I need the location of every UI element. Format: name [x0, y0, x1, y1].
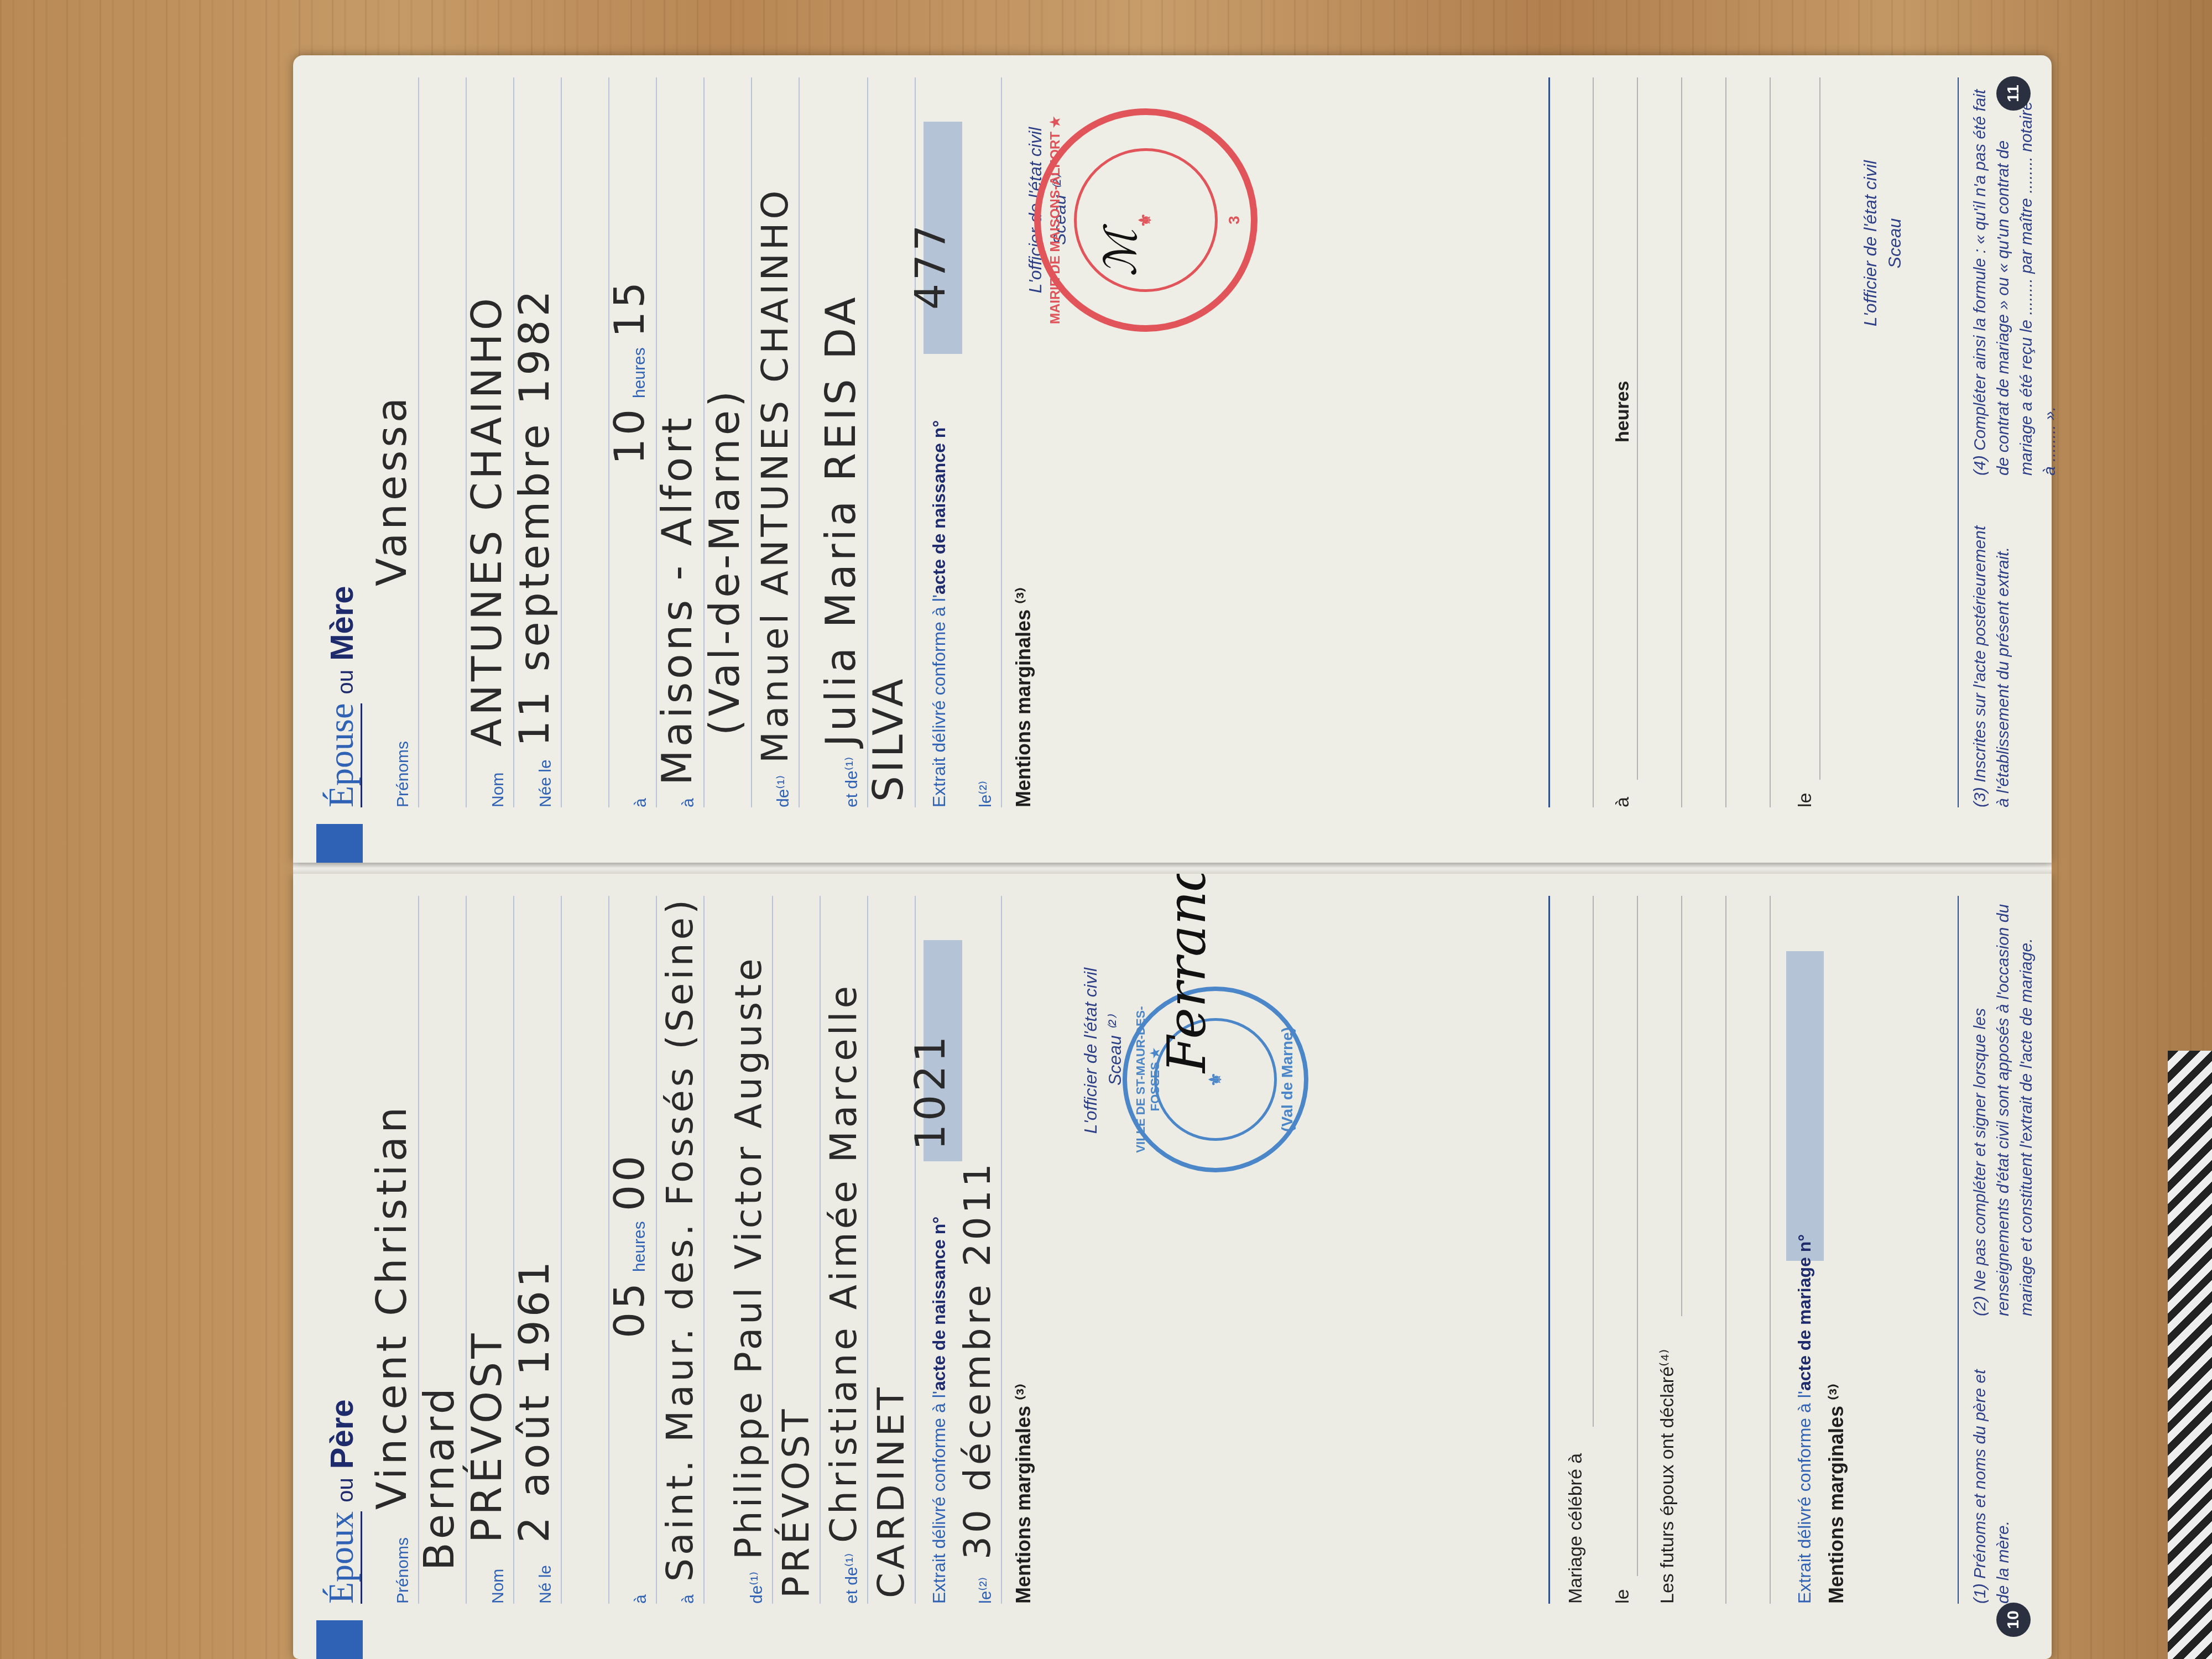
officer-label: L'officier de l'état civil Sceau ⁽²⁾ — [1078, 929, 1127, 1172]
maisons-alfort-seal: MAIRIE DE MAISONS-ALFORT ★ ⚜ 3 — [1034, 108, 1258, 332]
rule — [1770, 77, 1771, 807]
rule — [1593, 896, 1594, 1427]
footnote-divider — [1958, 77, 1959, 807]
heading-marker — [316, 1620, 363, 1659]
field-pere[interactable]: de⁽¹⁾ Manuel ANTUNES CHAINHO — [751, 77, 800, 807]
field-mere[interactable]: et de⁽¹⁾ Julia Maria REIS DA — [820, 77, 868, 807]
section-divider — [1548, 77, 1550, 807]
page-epoux: Époux ou Père Prénoms Vincent Christian … — [293, 874, 2052, 1659]
footnote-divider — [1958, 896, 1959, 1604]
field-prenoms-cont[interactable]: Bernard — [418, 896, 467, 1604]
rule — [1725, 77, 1726, 807]
page-number-10: 10 — [1996, 1603, 2031, 1637]
field-pere-cont[interactable]: PRÉVOST — [772, 896, 821, 1604]
field-prenoms[interactable]: Prénoms Vincent Christian — [371, 896, 419, 1604]
rule — [1681, 77, 1682, 807]
heading-marker — [316, 824, 363, 863]
futurs-epoux-label: Les futurs époux ont déclaré⁽⁴⁾ — [1656, 1349, 1678, 1604]
extrait-naissance-label: Extrait délivré conforme à l'acte de nai… — [929, 1217, 950, 1604]
mentions-marginales-label: Mentions marginales ⁽³⁾ — [1012, 1384, 1035, 1604]
field-mere[interactable]: et de⁽¹⁾ Christiane Aimée Marcelle — [820, 896, 868, 1604]
field-lieu[interactable]: à Maisons - Alfort — [656, 77, 705, 807]
acte-mariage-number-box — [1786, 951, 1824, 1261]
section-divider — [1548, 896, 1550, 1604]
rule — [1725, 896, 1726, 1604]
rule — [1819, 77, 1820, 780]
field-blank[interactable] — [418, 77, 467, 807]
field-mere-cont[interactable]: CARDINET — [867, 896, 916, 1604]
footnote-2: (2) Ne pas compléter et signer lorsque l… — [1969, 896, 2038, 1316]
field-lieu-cont[interactable]: (Val-de-Marne) — [703, 77, 752, 807]
field-heure[interactable]: à 05 heures 00 — [608, 896, 657, 1604]
field-ne-le[interactable]: Né le 2 août 1961 — [513, 896, 562, 1604]
page-epouse: Épouse ou Mère Prénoms Vanessa Nom ANTUN… — [293, 55, 2052, 863]
mariage-celebre-label: Mariage célébré à — [1565, 1453, 1587, 1604]
signature-officer: ℳ — [1095, 229, 1146, 276]
acte-naissance-number: 477 — [907, 222, 954, 310]
rule — [1593, 77, 1594, 807]
mentions-marginales-label-2: Mentions marginales ⁽³⁾ — [1825, 1384, 1848, 1604]
field-pere[interactable]: de⁽¹⁾ Philippe Paul Victor Auguste — [724, 896, 773, 1604]
field-nee-le[interactable]: Née le 11 septembre 1982 — [513, 77, 562, 807]
field-heure[interactable]: à 10 heures 15 — [608, 77, 657, 807]
field-nom[interactable]: Nom PRÉVOST — [466, 896, 514, 1604]
field-lieu[interactable]: à Saint. Maur. des. Fossés (Seine) — [656, 896, 705, 1604]
page-number-11: 11 — [1996, 76, 2031, 111]
striped-fabric — [2168, 1051, 2212, 1659]
extrait-mariage-label: Extrait délivré conforme à l'acte de mar… — [1794, 1234, 1815, 1604]
field-prenoms[interactable]: Prénoms Vanessa — [371, 77, 419, 807]
field-blank[interactable] — [561, 896, 609, 1604]
rule — [1637, 77, 1638, 780]
signature-officer: Ferrand — [1156, 857, 1218, 1073]
extrait-naissance-label: Extrait délivré conforme à l'acte de nai… — [929, 420, 950, 807]
field-blank[interactable] — [561, 77, 609, 807]
section-heading-epouse: Épouse ou Mère — [321, 586, 362, 807]
footnote-3: (3) Inscrites sur l'acte postérieurement… — [1969, 520, 2015, 807]
acte-naissance-number: 1021 — [907, 1033, 954, 1150]
section-heading-epoux: Époux ou Père — [321, 1399, 362, 1604]
field-mere-cont[interactable]: SILVA — [867, 77, 916, 807]
footnote-4: (4) Compléter ainsi la formule : « qu'il… — [1969, 88, 2062, 476]
livret-de-famille: Époux ou Père Prénoms Vincent Christian … — [293, 55, 2052, 1659]
mariage-a-label: à — [1612, 797, 1634, 807]
officer-label-2: L'officier de l'état civil Sceau — [1858, 122, 1907, 365]
mariage-le-label: le — [1612, 1589, 1634, 1604]
field-extrait-date[interactable]: le⁽²⁾ — [957, 77, 1002, 807]
rule — [1681, 896, 1682, 1316]
rule — [1770, 896, 1771, 1604]
field-nom[interactable]: Nom ANTUNES CHAINHO — [466, 77, 514, 807]
mentions-marginales-label: Mentions marginales ⁽³⁾ — [1012, 587, 1035, 807]
mariage-heures-label: heures — [1612, 381, 1634, 443]
booklet-fold — [293, 863, 2052, 874]
rule — [1637, 896, 1638, 1576]
footnote-1: (1) Prénoms et noms du père et de la mèr… — [1969, 1349, 2015, 1604]
mariage-le-label: le — [1794, 793, 1816, 807]
field-extrait-date[interactable]: le⁽²⁾ 30 décembre 2011 — [957, 896, 1002, 1604]
